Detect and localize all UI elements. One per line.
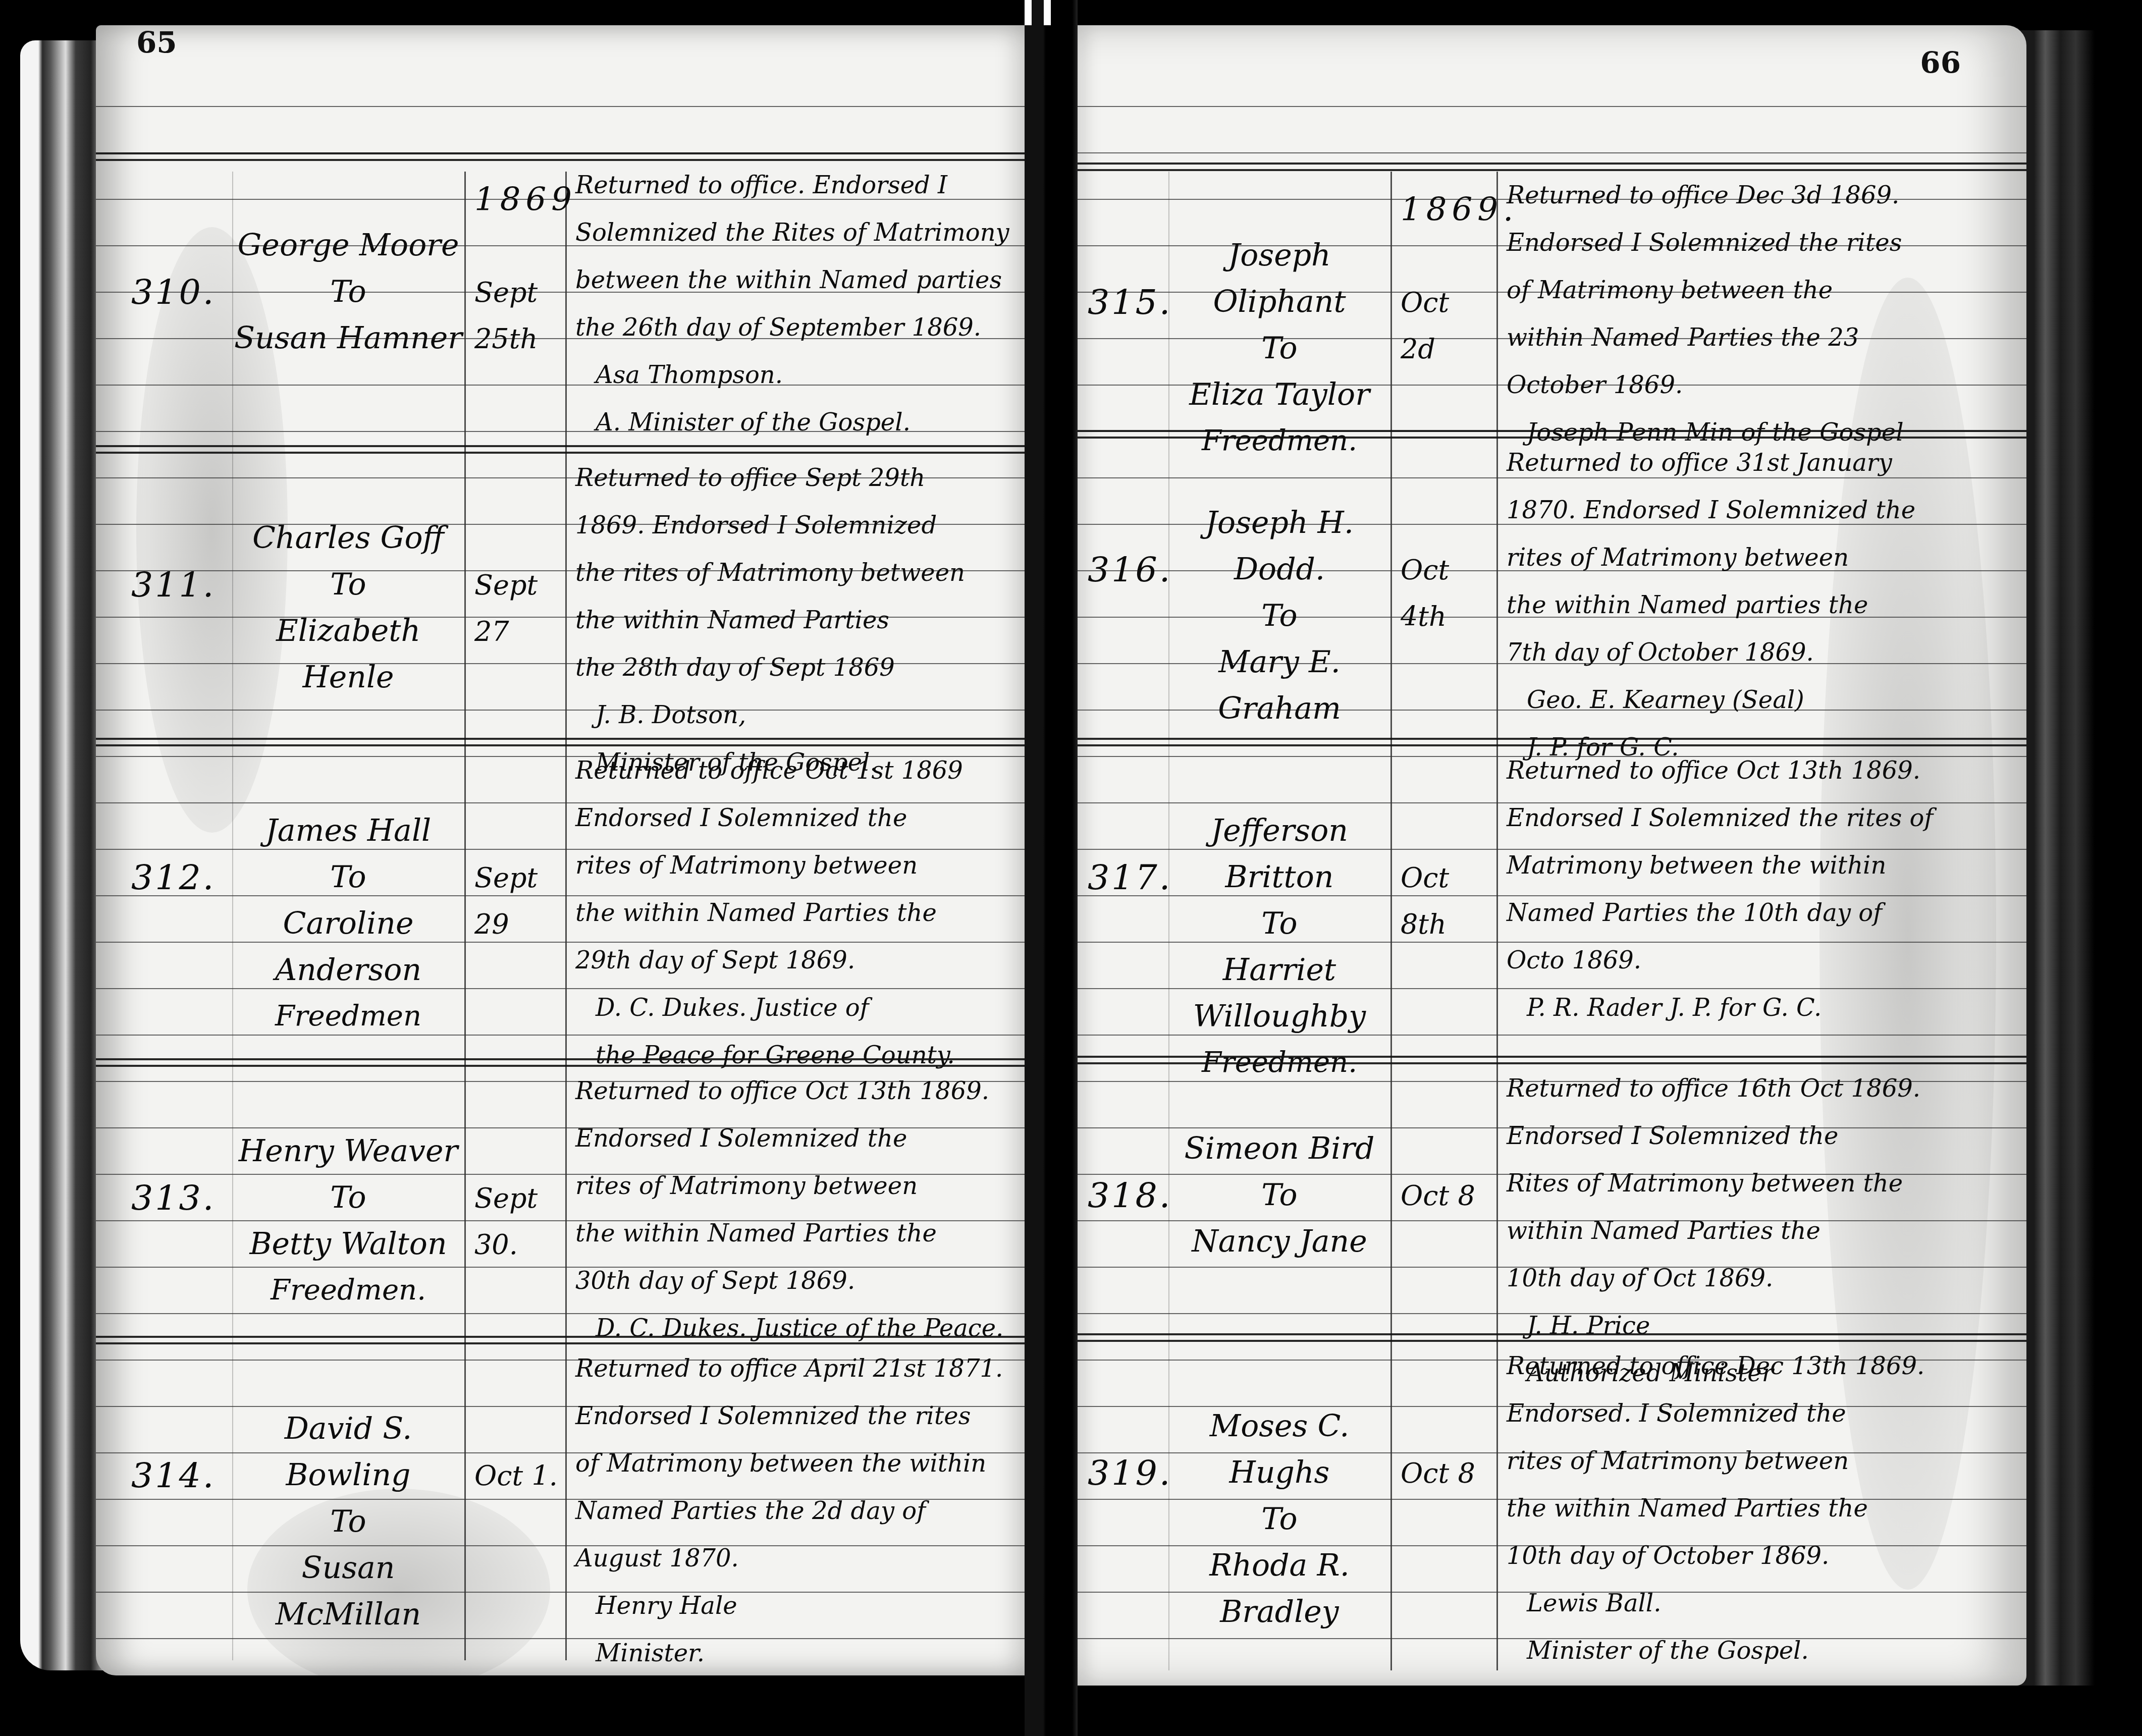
return-line: Asa Thompson. <box>575 351 1004 399</box>
return-line: Endorsed I Solemnized the rites <box>575 1392 1004 1440</box>
license-day: Oct 8 <box>1401 1180 1475 1212</box>
entry-separator <box>96 738 1025 746</box>
book-edge-right <box>2019 30 2095 1686</box>
party-names: David S. BowlingToSusan McMillan <box>232 1405 464 1638</box>
license-year <box>474 469 560 516</box>
license-year <box>474 1360 560 1406</box>
groom-name: Henry Weaver <box>232 1128 464 1174</box>
party-names: Charles GoffToElizabeth Henle <box>232 515 464 700</box>
party-names: Simeon BirdToNancy Jane <box>1168 1125 1390 1265</box>
return-line: the 28th day of Sept 1869 <box>575 644 1004 691</box>
license-date: Oct 4th <box>1401 454 1491 640</box>
return-line: Octo 1869. <box>1507 937 1996 984</box>
license-day: Sept 25th <box>474 277 538 355</box>
return-line: of Matrimony between the within <box>575 1440 1004 1487</box>
register-entry: 313.Henry WeaverToBetty WaltonFreedmen. … <box>96 1072 1025 1355</box>
return-line: Geo. E. Kearney (Seal) <box>1507 676 1996 724</box>
return-line: rites of Matrimony between <box>1507 1437 1996 1485</box>
license-year: 1869 <box>474 177 560 223</box>
bride-name: Susan McMillan <box>232 1545 464 1638</box>
to-label: To <box>232 561 464 608</box>
return-line: D. C. Dukes. Justice of <box>575 984 1004 1032</box>
party-names: Jefferson BrittonToHarriet WilloughbyFre… <box>1168 807 1390 1086</box>
bride-name: Elizabeth Henle <box>232 608 464 700</box>
return-endorsement: Returned to office April 21st 1871.Endor… <box>575 1345 1004 1675</box>
bride-name: Harriet Willoughby <box>1168 947 1390 1040</box>
spacer <box>474 1129 560 1175</box>
license-day: Oct 4th <box>1401 554 1449 632</box>
license-day: Oct 1. <box>474 1460 558 1492</box>
party-names: James HallToCaroline AndersonFreedmen <box>232 807 464 1040</box>
spacer <box>474 223 560 269</box>
groom-name: Jefferson Britton <box>1168 807 1390 900</box>
register-page-right: 66 315.Joseph OliphantToEliza TaylorFree… <box>1078 25 2026 1686</box>
spacer <box>1401 1404 1491 1450</box>
entry-number: 312. <box>131 858 216 898</box>
return-line: 1870. Endorsed I Solemnized the <box>1507 486 1996 534</box>
return-endorsement: Returned to office Dec 3d 1869.Endorsed … <box>1507 172 1996 456</box>
register-page-left: 65 310.George MooreToSusan Hamner1869 Se… <box>96 25 1025 1675</box>
party-names: Henry WeaverToBetty WaltonFreedmen. <box>232 1128 464 1314</box>
return-line: Returned to office Sept 29th <box>575 454 1004 502</box>
return-line: rites of Matrimony between <box>575 842 1004 889</box>
return-line: J. B. Dotson, <box>575 691 1004 739</box>
bride-name: Mary E. Graham <box>1168 639 1390 732</box>
entry-separator <box>1078 430 2026 439</box>
return-line: the within Named Parties the <box>575 889 1004 937</box>
return-endorsement: Returned to office Dec 13th 1869.Endorse… <box>1507 1342 1996 1674</box>
license-day: Oct 8th <box>1401 862 1449 940</box>
return-line: Returned to office Oct 1st 1869 <box>575 747 1004 794</box>
ledger-line <box>1078 152 2026 153</box>
return-line: Minister of the Gospel. <box>1507 1627 1996 1674</box>
to-label: To <box>232 854 464 900</box>
entry-number: 313. <box>131 1178 216 1218</box>
license-year <box>1401 762 1491 808</box>
party-names: George MooreToSusan Hamner <box>232 222 464 361</box>
license-date: 1869 Sept 25th <box>474 177 560 362</box>
return-line: the 26th day of September 1869. <box>575 304 1004 351</box>
return-line: the within Named Parties the <box>1507 1485 1996 1532</box>
return-line: Returned to office Dec 3d 1869. <box>1507 172 1996 219</box>
to-label: To <box>232 1174 464 1221</box>
return-line: Solemnized the Rites of Matrimony <box>575 209 1004 256</box>
license-year <box>1401 1358 1491 1404</box>
entry-separator <box>96 1336 1025 1344</box>
book-gutter <box>1025 0 1078 1736</box>
entry-number: 319. <box>1088 1453 1172 1493</box>
to-label: To <box>1168 900 1390 947</box>
return-line: 10th day of Oct 1869. <box>1507 1255 1996 1302</box>
return-line: the rites of Matrimony between <box>575 549 1004 596</box>
return-line: Endorsed I Solemnized the rites <box>1507 219 1996 266</box>
freedmen-note: Freedmen. <box>232 1267 464 1314</box>
ledger-line <box>96 106 1025 107</box>
to-label: To <box>1168 1496 1390 1542</box>
entry-number: 317. <box>1088 858 1172 898</box>
license-date: Sept 27 <box>474 469 560 655</box>
groom-name: David S. Bowling <box>232 1405 464 1498</box>
bride-name: Betty Walton <box>232 1221 464 1267</box>
spacer <box>1401 808 1491 855</box>
return-line: within Named Parties the <box>1507 1207 1996 1255</box>
party-names: Joseph OliphantToEliza TaylorFreedmen. <box>1168 232 1390 464</box>
register-entry: 318.Simeon BirdToNancy Jane Oct 8Returne… <box>1078 1070 2026 1352</box>
license-year <box>1401 454 1491 501</box>
return-line: Minister. <box>575 1630 1004 1675</box>
entry-number: 311. <box>131 565 216 605</box>
return-endorsement: Returned to office. Endorsed ISolemnized… <box>575 161 1004 446</box>
register-entry: 317.Jefferson BrittonToHarriet Willoughb… <box>1078 752 2026 1035</box>
register-entry: 310.George MooreToSusan Hamner1869 Sept … <box>96 167 1025 449</box>
return-endorsement: Returned to office Sept 29th1869. Endors… <box>575 454 1004 786</box>
freedmen-note: Freedmen <box>232 993 464 1040</box>
spacer <box>474 808 560 855</box>
license-day: Sept 29 <box>474 862 538 940</box>
return-line: the within Named parties the <box>1507 581 1996 629</box>
groom-name: James Hall <box>232 807 464 854</box>
return-line: Returned to office. Endorsed I <box>575 161 1004 209</box>
return-line: Matrimony between the within <box>1507 842 1996 889</box>
entry-separator <box>96 445 1025 454</box>
register-entry: 314.David S. BowlingToSusan McMillan Oct… <box>96 1350 1025 1633</box>
return-line: Returned to office April 21st 1871. <box>575 1345 1004 1392</box>
bride-name: Rhoda R. Bradley <box>1168 1542 1390 1635</box>
register-entry: 319.Moses C. HughsToRhoda R. Bradley Oct… <box>1078 1347 2026 1630</box>
license-day: Oct 8 <box>1401 1457 1475 1489</box>
return-line: the within Named Parties the <box>575 1210 1004 1257</box>
license-day: Sept 30. <box>474 1182 538 1261</box>
spacer <box>474 1406 560 1453</box>
return-line: August 1870. <box>575 1535 1004 1582</box>
license-date: Oct 8 <box>1401 1080 1491 1219</box>
register-entry: 311.Charles GoffToElizabeth Henle Sept 2… <box>96 459 1025 742</box>
spacer <box>1401 233 1491 280</box>
party-names: Joseph H. Dodd.ToMary E. Graham <box>1168 500 1390 732</box>
return-line: Endorsed. I Solemnized the <box>1507 1390 1996 1437</box>
license-day: Sept 27 <box>474 569 538 647</box>
spacer <box>1401 501 1491 547</box>
license-year: 1869. <box>1401 187 1491 233</box>
page-number-left: 65 <box>136 25 177 60</box>
return-line: Endorsed I Solemnized the <box>1507 1112 1996 1160</box>
bride-name: Eliza Taylor <box>1168 371 1390 418</box>
entry-separator <box>1078 1333 2026 1342</box>
return-line: rites of Matrimony between <box>575 1162 1004 1210</box>
gutter-tab <box>1025 0 1032 25</box>
groom-name: Moses C. Hughs <box>1168 1403 1390 1496</box>
license-year <box>1401 1080 1491 1126</box>
return-line: Returned to office Oct 13th 1869. <box>575 1067 1004 1115</box>
spacer <box>474 516 560 562</box>
return-line: between the within Named parties <box>575 256 1004 304</box>
to-label: To <box>1168 1172 1390 1218</box>
register-entry: 316.Joseph H. Dodd.ToMary E. Graham Oct … <box>1078 444 2026 727</box>
license-date: Sept 30. <box>474 1082 560 1268</box>
bride-name: Caroline Anderson <box>232 900 464 993</box>
return-line: Lewis Ball. <box>1507 1580 1996 1627</box>
entry-separator <box>96 152 1025 161</box>
return-line: rites of Matrimony between <box>1507 534 1996 581</box>
entry-number: 316. <box>1088 550 1172 590</box>
license-date: Oct 8th <box>1401 762 1491 948</box>
license-date: 1869. Oct 2d <box>1401 187 1491 372</box>
return-endorsement: Returned to office Oct 1st 1869Endorsed … <box>575 747 1004 1079</box>
bride-name: Susan Hamner <box>232 315 464 361</box>
license-year <box>474 762 560 808</box>
register-entry: 312.James HallToCaroline AndersonFreedme… <box>96 752 1025 1035</box>
return-line: P. R. Rader J. P. for G. C. <box>1507 984 1996 1032</box>
to-label: To <box>232 1498 464 1545</box>
groom-name: Simeon Bird <box>1168 1125 1390 1172</box>
return-line: Named Parties the 10th day of <box>1507 889 1996 937</box>
spacer <box>1401 1126 1491 1173</box>
return-line: Returned to office Oct 13th 1869. <box>1507 747 1996 794</box>
return-endorsement: Returned to office Oct 13th 1869.Endorse… <box>1507 747 1996 1032</box>
groom-name: Joseph Oliphant <box>1168 232 1390 325</box>
license-date: Oct 1. <box>474 1360 560 1499</box>
entry-number: 315. <box>1088 283 1172 322</box>
return-line: 29th day of Sept 1869. <box>575 937 1004 984</box>
return-line: October 1869. <box>1507 361 1996 409</box>
return-line: the within Named Parties <box>575 596 1004 644</box>
return-line: 1869. Endorsed I Solemnized <box>575 502 1004 549</box>
return-line: Henry Hale <box>575 1582 1004 1630</box>
party-names: Moses C. HughsToRhoda R. Bradley <box>1168 1403 1390 1635</box>
bride-name: Nancy Jane <box>1168 1218 1390 1265</box>
return-line: of Matrimony between the <box>1507 266 1996 314</box>
license-day: Oct 2d <box>1401 287 1449 365</box>
return-line: 30th day of Sept 1869. <box>575 1257 1004 1305</box>
groom-name: Joseph H. Dodd. <box>1168 500 1390 592</box>
page-number-right: 66 <box>1920 45 1961 80</box>
license-date: Sept 29 <box>474 762 560 948</box>
to-label: To <box>232 268 464 315</box>
entry-separator <box>1078 162 2026 171</box>
entry-separator <box>96 1058 1025 1067</box>
to-label: To <box>1168 325 1390 371</box>
return-line: Returned to office 31st January <box>1507 439 1996 486</box>
groom-name: George Moore <box>232 222 464 268</box>
ledger-line <box>1078 106 2026 107</box>
return-line: Endorsed I Solemnized the rites of <box>1507 794 1996 842</box>
return-line: Endorsed I Solemnized the <box>575 794 1004 842</box>
return-line: A. Minister of the Gospel. <box>575 399 1004 446</box>
return-line: 10th day of October 1869. <box>1507 1532 1996 1580</box>
return-line: Endorsed I Solemnized the <box>575 1115 1004 1162</box>
groom-name: Charles Goff <box>232 515 464 561</box>
gutter-tab <box>1044 0 1051 25</box>
to-label: To <box>1168 592 1390 639</box>
return-line: Returned to office Dec 13th 1869. <box>1507 1342 1996 1390</box>
return-line: 7th day of October 1869. <box>1507 629 1996 676</box>
entry-separator <box>1078 1056 2026 1064</box>
return-endorsement: Returned to office 31st January1870. End… <box>1507 439 1996 771</box>
return-line: within Named Parties the 23 <box>1507 314 1996 361</box>
entry-number: 310. <box>131 273 216 312</box>
return-line: Named Parties the 2d day of <box>575 1487 1004 1535</box>
return-endorsement: Returned to office Oct 13th 1869.Endorse… <box>575 1067 1004 1352</box>
register-entry: 315.Joseph OliphantToEliza TaylorFreedme… <box>1078 177 2026 459</box>
return-line: Returned to office 16th Oct 1869. <box>1507 1065 1996 1112</box>
return-line: Rites of Matrimony between the <box>1507 1160 1996 1207</box>
entry-number: 318. <box>1088 1176 1172 1216</box>
license-year <box>474 1082 560 1129</box>
entry-separator <box>1078 738 2026 746</box>
license-date: Oct 8 <box>1401 1358 1491 1497</box>
entry-number: 314. <box>131 1456 216 1496</box>
